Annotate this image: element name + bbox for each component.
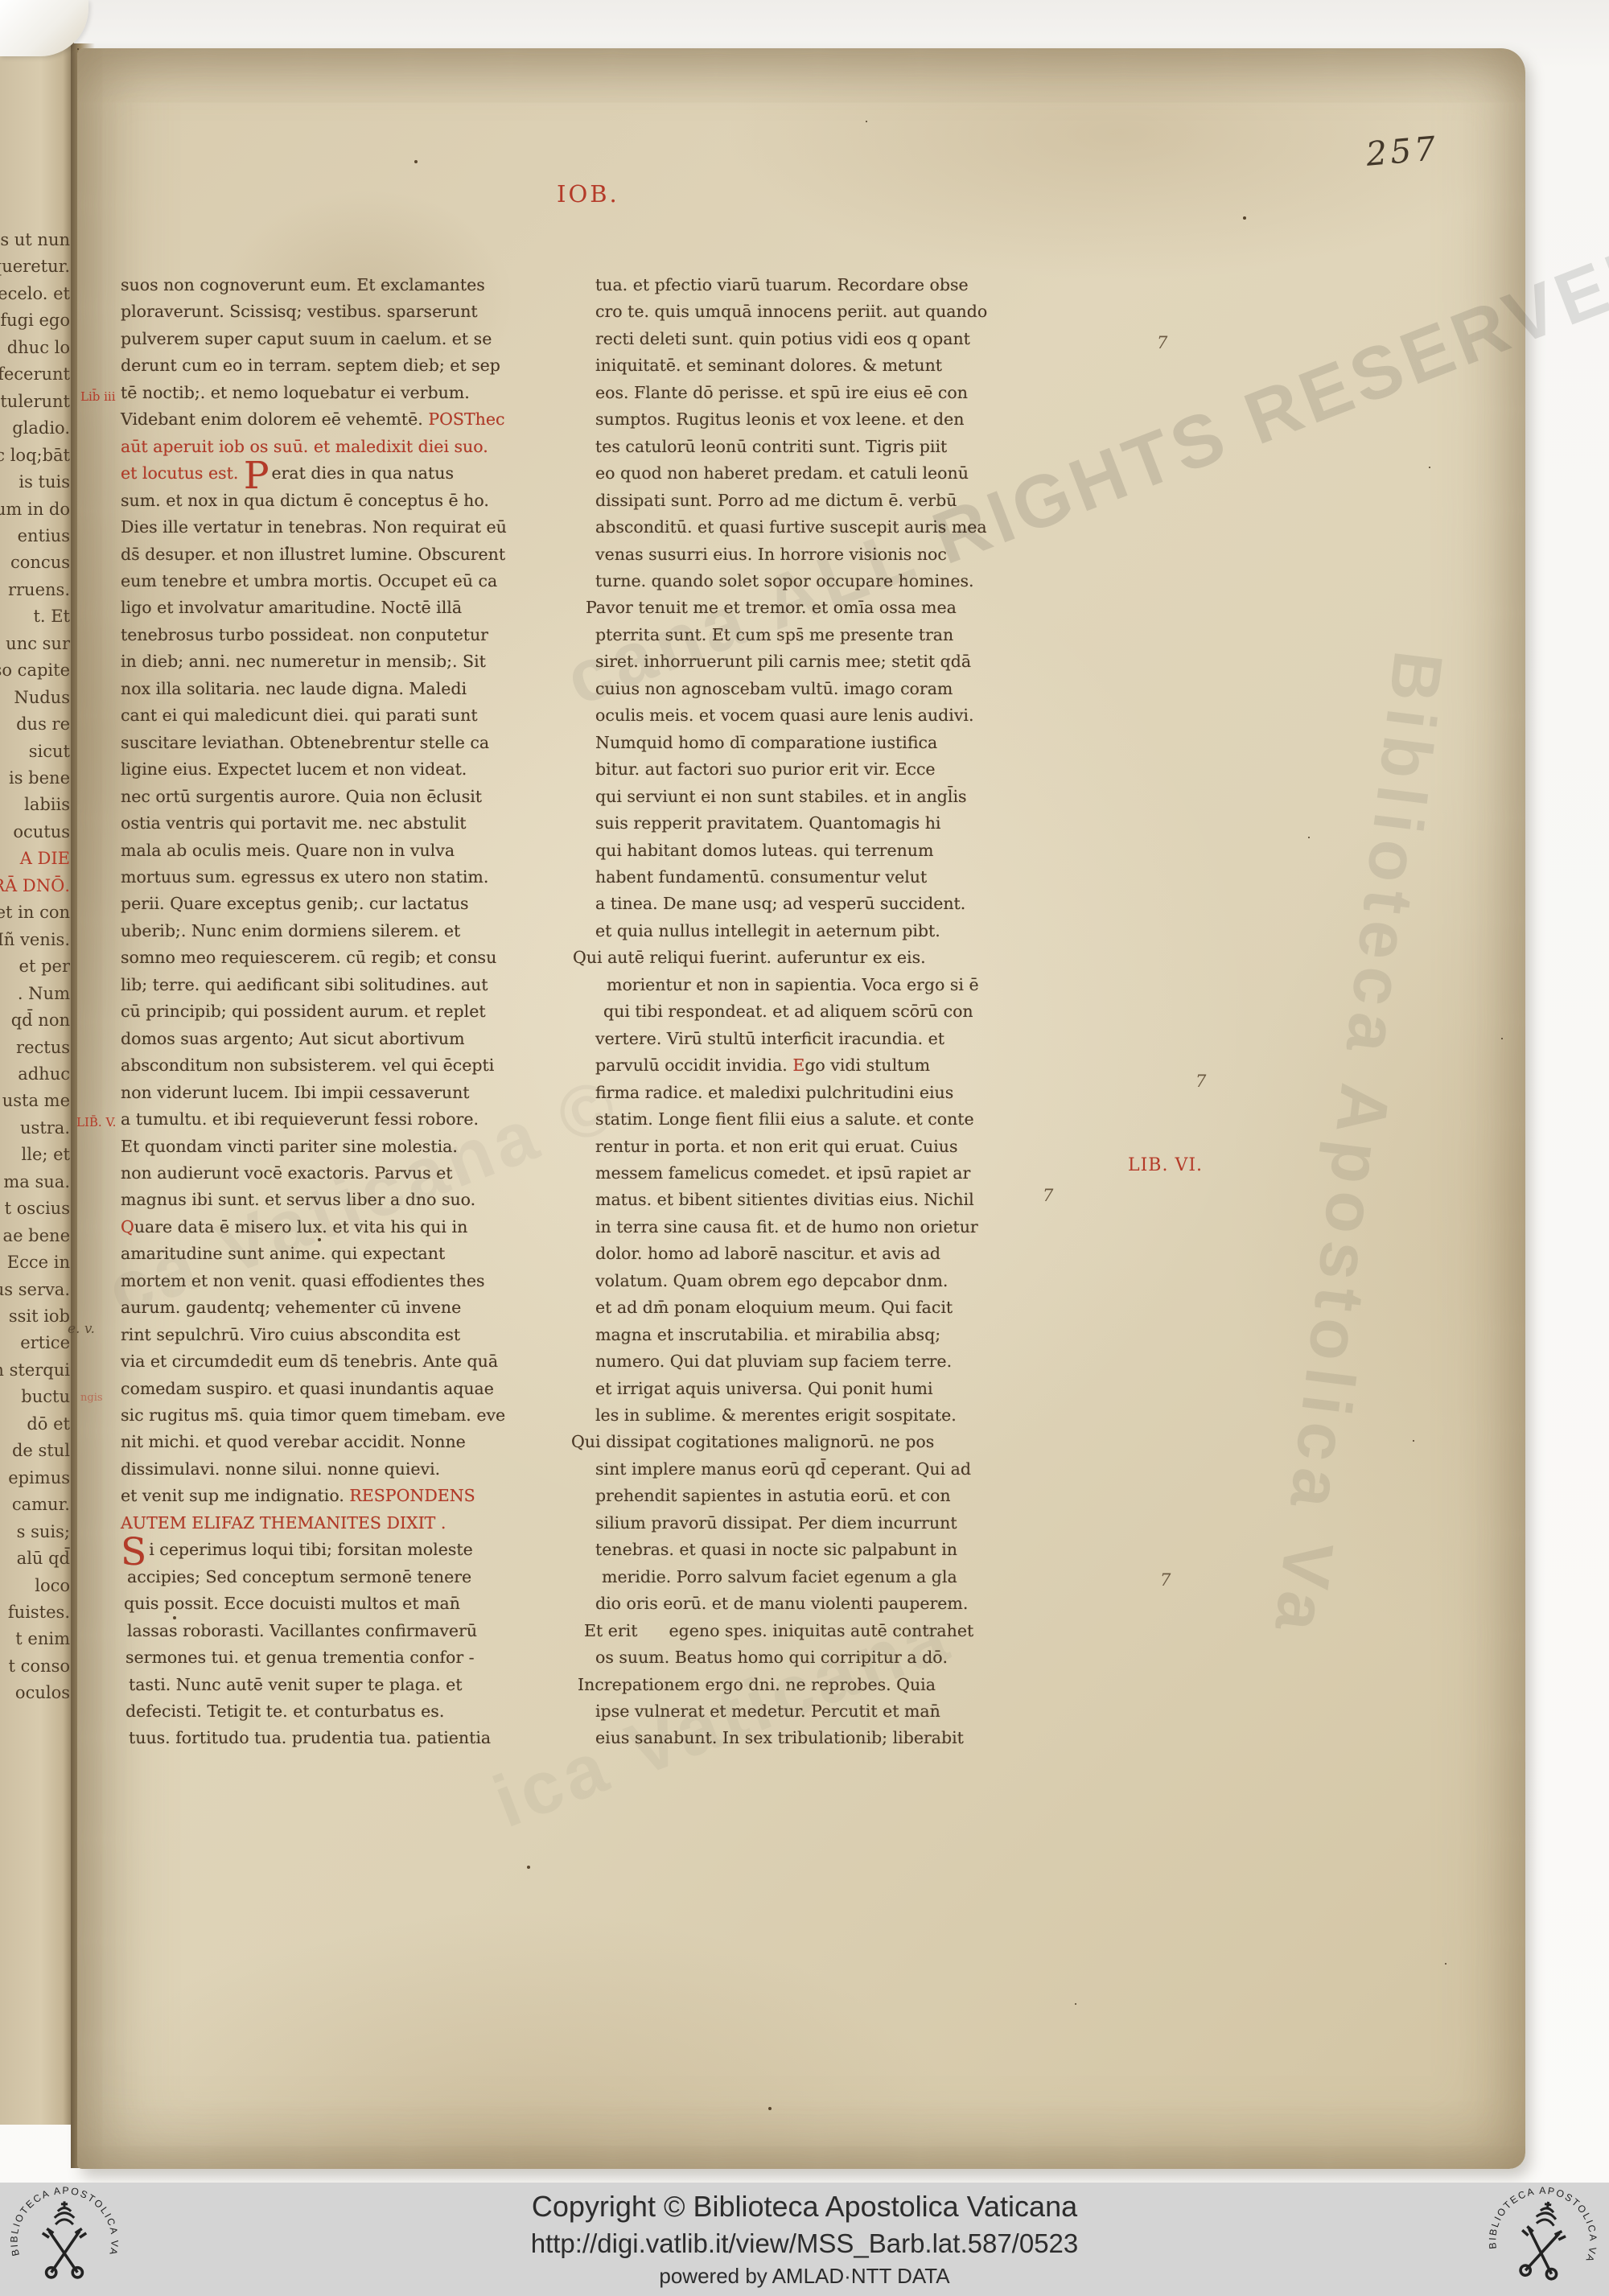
paragraph-mark: 7 <box>1157 333 1167 352</box>
paragraph-mark: 7 <box>1160 1570 1171 1590</box>
manuscript-text-line: magnus ibi sunt. et servus liber a dno s… <box>121 1187 543 1213</box>
body-text: nec ortū surgentis aurore. Quia non ēclu… <box>121 787 482 806</box>
manuscript-text-line: Dies ille vertatur in tenebras. Non requ… <box>121 514 543 541</box>
body-text: dissipati sunt. Porro ad me dictum ē. ve… <box>595 491 957 510</box>
body-text: rint sepulchrū. Viro cuius abscondita es… <box>121 1325 460 1344</box>
body-text: nox illa solitaria. nec laude digna. Mal… <box>121 679 467 698</box>
manuscript-text-line: Et erit egeno spes. iniquitas autē contr… <box>584 1618 1054 1644</box>
manuscript-text-line: suis repperit pravitatem. Quantomagis hi <box>595 810 1054 837</box>
manuscript-text-line: in dieb; anni. nec numeretur in mensib;.… <box>121 648 543 675</box>
body-text: Dies ille vertatur in tenebras. Non requ… <box>121 517 507 537</box>
manuscript-text-line: via et circumdedit eum ds̄ tenebris. Ant… <box>121 1348 543 1375</box>
manuscript-text-line: suscitare leviathan. Obtenebrentur stell… <box>121 730 543 756</box>
manuscript-text-line: uberib;. Nunc enim dormiens silerem. et <box>121 918 543 944</box>
previous-page-text-fragment: dhuc loq;bāt <box>0 446 70 465</box>
body-text: Et erit egeno spes. iniquitas autē contr… <box>584 1621 973 1640</box>
body-text: mala ab oculis meis. Quare non in vulva <box>121 841 455 860</box>
body-text: absconditum non subsisterem. vel qui ēce… <box>121 1055 494 1075</box>
body-text: iniquitatē. et seminant dolores. & metun… <box>595 356 942 375</box>
manuscript-text-line: pulverem super caput suum in caelum. et … <box>121 326 543 352</box>
crossed-keys-icon <box>1516 2226 1566 2281</box>
rubric-text: Q <box>121 1217 134 1236</box>
previous-page-text-fragment: qd̄ non <box>11 1010 70 1030</box>
margin-note-book3: Lib̄ iii <box>80 389 116 404</box>
manuscript-text-line: in terra sine causa fit. et de humo non … <box>595 1214 1054 1241</box>
manuscript-text-line: Pavor tenuit me et tremor. et omīa ossa … <box>586 595 1054 621</box>
previous-page-text-fragment: dus re <box>16 714 70 734</box>
previous-page-text-fragment: et in con <box>0 903 70 922</box>
manuscript-text-line: parvulū occidit invidia. Ego vidi stultu… <box>595 1052 1054 1079</box>
body-text: tenebras. et quasi in nocte sic palpabun… <box>595 1540 957 1559</box>
body-text: domos suas argento; Aut sicut abortivum <box>121 1029 465 1048</box>
previous-page-text-fragment: um in do <box>0 500 70 519</box>
previous-page-text-fragment: fecerunt <box>0 364 70 384</box>
manuscript-text-line: matus. et bibent sitientes divitias eius… <box>595 1187 1054 1213</box>
previous-page-text-fragment: loco <box>35 1576 70 1595</box>
manuscript-text-line: eum tenebre et umbra mortis. Occupet eū … <box>121 568 543 595</box>
body-text: non viderunt lucem. Ibi impii cessaverun… <box>121 1083 470 1102</box>
manuscript-text-line: rint sepulchrū. Viro cuius abscondita es… <box>121 1322 543 1348</box>
manuscript-text-line: ploraverunt. Scissisq; vestibus. sparser… <box>121 298 543 325</box>
body-text: matus. et bibent sitientes divitias eius… <box>595 1190 974 1209</box>
manuscript-text-line: amaritudine sunt anime. qui expectant <box>121 1241 543 1267</box>
manuscript-text-line: tenebrosus turbo possideat. non conputet… <box>121 622 543 648</box>
body-text: ploraverunt. Scissisq; vestibus. sparser… <box>121 302 478 321</box>
previous-page-text-fragment: rectus <box>16 1038 70 1057</box>
body-text: meridie. Porro salvum faciet egenum a gl… <box>602 1567 957 1586</box>
previous-page-text-fragment: dhuc lo <box>7 338 70 357</box>
previous-page-text-fragment: ma sua. <box>3 1172 70 1191</box>
body-text: ds̄ desuper. et non illustret lumine. Ob… <box>121 545 505 564</box>
body-text: derunt cum eo in terram. septem dieb; et… <box>121 356 500 375</box>
powered-by-text: powered by AMLAD·NTT DATA <box>659 2264 949 2289</box>
body-text: magnus ibi sunt. et servus liber a dno s… <box>121 1190 475 1209</box>
manuscript-text-line: sumptos. Rugitus leonis et vox leene. et… <box>595 406 1054 433</box>
rubric-text: POSThec <box>428 409 504 429</box>
margin-note-book5: LIB̄. V. <box>76 1115 116 1129</box>
body-text: pterrita sunt. Et cum sps̄ me presente t… <box>595 625 953 644</box>
body-text: messem famelicus comedet. et ipsū rapiet… <box>595 1163 970 1183</box>
body-text: nit michi. et quod verebar accidit. Nonn… <box>121 1432 466 1451</box>
body-text: recti deleti sunt. quin potius vidi eos … <box>595 329 970 348</box>
manuscript-text-line: aūt aperuit iob os suū. et maledixit die… <box>121 434 543 460</box>
body-text: morientur et non in sapientia. Voca ergo… <box>607 975 979 994</box>
previous-page-text-fragment: lle; et <box>22 1145 70 1164</box>
manuscript-text-line: ostia ventris qui portavit me. nec abstu… <box>121 810 543 837</box>
manuscript-text-line: statim. Longe fient filii eius a salute.… <box>595 1106 1054 1133</box>
tiara-icon <box>55 2201 74 2224</box>
body-text: i ceperimus loqui tibi; forsitan moleste <box>149 1540 473 1559</box>
manuscript-text-line: Quare data ē misero lux. et vita his qui… <box>121 1214 543 1241</box>
manuscript-text-line: morientur et non in sapientia. Voca ergo… <box>607 972 1054 998</box>
previous-page-text-fragment: Nudus <box>14 688 70 707</box>
previous-page-text-fragment: is tuis <box>19 472 70 492</box>
manuscript-text-line: absconditum non subsisterem. vel qui ēce… <box>121 1052 543 1079</box>
previous-page-text-fragment: us serva. <box>0 1280 70 1299</box>
body-text: aurum. gaudentq; vehementer cū invene <box>121 1298 461 1317</box>
manuscript-text-line: a tinea. De mane usq; ad vesperū succide… <box>595 891 1054 917</box>
previous-page-text-fragment: tulerunt <box>0 392 70 411</box>
previous-page-text-fragment: buctu <box>21 1387 70 1406</box>
rubric-text: E <box>792 1055 804 1075</box>
manuscript-text-line: cant ei qui maledicunt diei. qui parati … <box>121 702 543 729</box>
previous-page-text-fragment: is bene <box>9 768 70 788</box>
manuscript-text-line: Increpationem ergo dni. ne reprobes. Qui… <box>578 1672 1054 1698</box>
body-text: et ad dm̄ ponam eloquium meum. Qui facit <box>595 1298 953 1317</box>
manuscript-text-line: mortem et non venit. quasi effodientes t… <box>121 1268 543 1294</box>
previous-page-text-fragment: s ut nun <box>0 230 70 249</box>
source-url-text: http://digi.vatlib.it/view/MSS_Barb.lat.… <box>531 2228 1079 2259</box>
body-text: Et quondam vincti pariter sine molestia. <box>121 1137 458 1156</box>
manuscript-text-line: pterrita sunt. Et cum sps̄ me presente t… <box>595 622 1054 648</box>
manuscript-text-line: vertere. Virū stultū interficit iracundi… <box>595 1026 1054 1052</box>
body-text: a tinea. De mane usq; ad vesperū succide… <box>595 894 965 913</box>
manuscript-text-line: iniquitatē. et seminant dolores. & metun… <box>595 352 1054 379</box>
body-text: erat dies in qua natus <box>272 463 454 483</box>
text-column-right: tua. et pfectio viarū tuarum. Recordare … <box>595 272 1054 1752</box>
previous-page-text-fragment: et per <box>19 957 70 976</box>
manuscript-text-line: firma radice. et maledixi pulchritudini … <box>595 1080 1054 1106</box>
manuscript-text-line: et venit sup me indignatio. RESPONDENS <box>121 1483 543 1509</box>
manuscript-text-line: ligo et involvatur amaritudine. Noctē il… <box>121 595 543 621</box>
body-text: oculis meis. et vocem quasi aure lenis a… <box>595 706 974 725</box>
manuscript-text-line: Qui dissipat cogitationes malignorū. ne … <box>571 1429 1054 1455</box>
manuscript-text-line: dolor. homo ad laborē nascitur. et avis … <box>595 1241 1054 1267</box>
manuscript-text-line: absconditū. et quasi furtive suscepit au… <box>595 514 1054 541</box>
manuscript-text-line: sum. et nox in qua dictum ē conceptus ē … <box>121 488 543 514</box>
body-text: suscitare leviathan. Obtenebrentur stell… <box>121 733 489 752</box>
previous-page-text-fragment: de stul <box>12 1441 70 1460</box>
manuscript-text-line: sint implere manus eorū qd̄ ceperant. Qu… <box>595 1456 1054 1483</box>
body-text: bitur. aut factori suo purior erit vir. … <box>595 759 936 779</box>
parchment-speckles <box>77 48 79 50</box>
manuscript-text-line: eos. Flante dō perisse. et spū ire eius … <box>595 380 1054 406</box>
body-text: Videbant enim dolorem eē vehemtē. <box>121 409 428 429</box>
manuscript-text-line: non viderunt lucem. Ibi impii cessaverun… <box>121 1080 543 1106</box>
body-text: amaritudine sunt anime. qui expectant <box>121 1244 445 1263</box>
body-text: tenebrosus turbo possideat. non conputet… <box>121 625 488 644</box>
previous-page-text-fragment: fugi ego <box>0 311 70 330</box>
body-text: lib; terre. qui aedificant sibi solitudi… <box>121 975 488 994</box>
manuscript-text-line: venas susurri eius. In horrore visionis … <box>595 541 1054 568</box>
body-text: pulverem super caput suum in caelum. et … <box>121 329 492 348</box>
body-text: rentur in porta. et non erit qui eruat. … <box>595 1137 958 1156</box>
folio-number: 257 <box>1364 129 1440 174</box>
rubric-text: et locutus est. <box>121 463 244 483</box>
manuscript-text-line: messem famelicus comedet. et ipsū rapiet… <box>595 1160 1054 1187</box>
body-text: perii. Quare exceptus genib;. cur lactat… <box>121 894 469 913</box>
previous-page-text-fragment: queretur. <box>0 257 70 276</box>
manuscript-text-line: et irrigat aquis universa. Qui ponit hum… <box>595 1376 1054 1402</box>
manuscript-text-line: ipse vulnerat et medetur. Percutit et ma… <box>595 1698 1054 1725</box>
manuscript-text-line: silium pravorū dissipat. Per diem incurr… <box>595 1510 1054 1537</box>
body-text: cuius non agnoscebam vultū. imago coram <box>595 679 953 698</box>
body-text: dissimulavi. nonne silui. nonne quievi. <box>121 1459 440 1479</box>
manuscript-text-line: tes catulorū leonū contriti sunt. Tigris… <box>595 434 1054 460</box>
manuscript-text-line: tē noctib;. et nemo loquebatur ei verbum… <box>121 380 543 406</box>
body-text: vertere. Virū stultū interficit iracundi… <box>595 1029 944 1048</box>
previous-page-text-fragment: s suis; <box>17 1522 70 1541</box>
manuscript-text-line: cū principib; qui possident aurum. et re… <box>121 998 543 1025</box>
manuscript-text-line: a tumultu. et ibi requieverunt fessi rob… <box>121 1106 543 1133</box>
previous-page-text-fragment: A DIE <box>20 849 70 868</box>
manuscript-text-line: Et quondam vincti pariter sine molestia. <box>121 1134 543 1160</box>
manuscript-text-line: accipies; Sed conceptum sermonē tenere <box>127 1564 543 1590</box>
body-text: mortuus sum. egressus ex utero non stati… <box>121 867 488 887</box>
previous-page-text-fragment: epimus <box>8 1468 70 1487</box>
previous-page-text-fragment: alū qd̄ <box>17 1549 70 1568</box>
body-text: tasti. Nunc autē venit super te plaga. e… <box>129 1675 463 1694</box>
body-text: in dieb; anni. nec numeretur in mensib;.… <box>121 652 486 671</box>
body-text: dolor. homo ad laborē nascitur. et avis … <box>595 1244 940 1263</box>
manuscript-text-line: tua. et pfectio viarū tuarum. Recordare … <box>595 272 1054 298</box>
manuscript-text-line: cro te. quis umquā innocens periit. aut … <box>595 298 1054 325</box>
body-text: ligine eius. Expectet lucem et non videa… <box>121 759 467 779</box>
manuscript-text-line: defecisti. Tetigit te. et conturbatus es… <box>126 1698 543 1725</box>
manuscript-text-line: qui serviunt ei non sunt stabiles. et in… <box>595 784 1054 810</box>
body-text: mortem et non venit. quasi effodientes t… <box>121 1271 485 1290</box>
text-column-left: suos non cognoverunt eum. Et exclamantes… <box>121 272 543 1752</box>
body-text: somno meo requiescerem. cū regib; et con… <box>121 948 496 967</box>
manuscript-text-line: somno meo requiescerem. cū regib; et con… <box>121 944 543 971</box>
rubric-text: RESPONDENS <box>349 1486 475 1505</box>
body-text: et irrigat aquis universa. Qui ponit hum… <box>595 1379 933 1398</box>
body-text: qui serviunt ei non sunt stabiles. et in… <box>595 787 967 806</box>
body-text: eo quod non haberet predam. et catuli le… <box>595 463 969 483</box>
body-text: Qui dissipat cogitationes malignorū. ne … <box>571 1432 934 1451</box>
body-text: a tumultu. et ibi requieverunt fessi rob… <box>121 1109 479 1129</box>
previous-page-text-fragment: . Num <box>18 984 70 1003</box>
body-text: os suum. Beatus homo qui corripitur a dō… <box>595 1648 948 1667</box>
previous-page-text-fragment: entius <box>18 526 70 545</box>
previous-page-text-fragment: t oscius <box>5 1199 70 1218</box>
manuscript-text-line: derunt cum eo in terram. septem dieb; et… <box>121 352 543 379</box>
manuscript-text-line: dio oris eorū. et de manu violenti paupe… <box>595 1590 1054 1617</box>
body-text: lassas roborasti. Vacillantes confirmave… <box>127 1621 477 1640</box>
body-text: defecisti. Tetigit te. et conturbatus es… <box>126 1701 444 1721</box>
body-text: sint implere manus eorū qd̄ ceperant. Qu… <box>595 1459 971 1479</box>
manuscript-text-line: qui habitant domos luteas. qui terrenum <box>595 837 1054 864</box>
previous-page-text-fragment: adhuc <box>18 1064 70 1084</box>
body-text: et venit sup me indignatio. <box>121 1486 349 1505</box>
body-text: qui habitant domos luteas. qui terrenum <box>595 841 933 860</box>
manuscript-text-line: les in sublime. & merentes erigit sospit… <box>595 1402 1054 1429</box>
body-text: comedam suspiro. et quasi inundantis aqu… <box>121 1379 494 1398</box>
previous-page-text-fragment: ecelo. et <box>0 284 70 303</box>
body-text: ostia ventris qui portavit me. nec abstu… <box>121 813 467 833</box>
body-text: cro te. quis umquā innocens periit. aut … <box>595 302 987 321</box>
body-text: eos. Flante dō perisse. et spū ire eius … <box>595 383 968 402</box>
manuscript-text-line: Numquid homo dī comparatione iustifica <box>595 730 1054 756</box>
manuscript-text-line: nit michi. et quod verebar accidit. Nonn… <box>121 1429 543 1455</box>
previous-page-text-fragment: fuistes. <box>8 1603 70 1622</box>
manuscript-text-line: tasti. Nunc autē venit super te plaga. e… <box>129 1672 543 1698</box>
manuscript-text-line: dissimulavi. nonne silui. nonne quievi. <box>121 1456 543 1483</box>
manuscript-text-line: mortuus sum. egressus ex utero non stati… <box>121 864 543 891</box>
copyright-footer: Copyright © Biblioteca Apostolica Vatica… <box>0 2183 1609 2296</box>
manuscript-text-line: non audierunt vocē exactoris. Parvus et <box>121 1160 543 1187</box>
manuscript-text-line: qui tibi respondeat. et ad aliquem scōrū… <box>603 998 1054 1025</box>
body-text: sumptos. Rugitus leonis et vox leene. et… <box>595 409 964 429</box>
previous-page-text-fragment: usta me <box>2 1091 70 1110</box>
body-text: venas susurri eius. In horrore visionis … <box>595 545 947 564</box>
previous-page-text-fragment: concus <box>10 553 70 572</box>
manuscript-text-line: numero. Qui dat pluviam sup faciem terre… <box>595 1348 1054 1375</box>
previous-page-text-fragment: t conso <box>9 1656 70 1676</box>
body-text: statim. Longe fient filii eius a salute.… <box>595 1109 974 1129</box>
previous-page-text-fragment: unc sur <box>6 634 70 653</box>
manuscript-text-line: lib; terre. qui aedificant sibi solitudi… <box>121 972 543 998</box>
manuscript-text-line: comedam suspiro. et quasi inundantis aqu… <box>121 1376 543 1402</box>
body-text: uare data ē misero lux. et vita his qui … <box>134 1217 467 1236</box>
body-text: parvulū occidit invidia. <box>595 1055 792 1075</box>
body-text: quis possit. Ecce docuisti multos et man… <box>124 1594 460 1613</box>
margin-note-book6: LIB. VI. <box>1128 1155 1203 1175</box>
manuscript-text-line: sermones tui. et genua trementia confor … <box>126 1644 543 1671</box>
body-text: go vidi stultum <box>804 1055 930 1075</box>
vatican-library-logo: BIBLIOTECA APOSTOLICA VATICANA <box>1481 2178 1605 2296</box>
body-text: via et circumdedit eum ds̄ tenebris. Ant… <box>121 1352 498 1371</box>
body-text: in terra sine causa fit. et de humo non … <box>595 1217 978 1236</box>
previous-page-text-fragment: n sterqui <box>0 1360 70 1380</box>
manuscript-text-line: cuius non agnoscebam vultū. imago coram <box>595 676 1054 702</box>
paragraph-mark: 7 <box>1043 1186 1053 1205</box>
body-text: uberib;. Nunc enim dormiens silerem. et <box>121 921 460 940</box>
manuscript-text-line: et ad dm̄ ponam eloquium meum. Qui facit <box>595 1294 1054 1321</box>
body-text: accipies; Sed conceptum sermonē tenere <box>127 1567 471 1586</box>
previous-page-text-fragment: ertice <box>20 1333 70 1352</box>
previous-page-text-fragment: n so capite <box>0 660 70 680</box>
body-text: firma radice. et maledixi pulchritudini … <box>595 1083 953 1102</box>
body-text: cū principib; qui possident aurum. et re… <box>121 1002 486 1021</box>
manuscript-text-line: meridie. Porro salvum faciet egenum a gl… <box>602 1564 1054 1590</box>
body-text: siret. inhorruerunt pili carnis mee; ste… <box>595 652 971 671</box>
previous-page-text-fragment: camur. <box>12 1495 70 1514</box>
rubric-text: aūt aperuit iob os suū. et maledixit die… <box>121 437 488 456</box>
manuscript-text-line: eo quod non haberet predam. et catuli le… <box>595 460 1054 487</box>
manuscript-text-line: dissipati sunt. Porro ad me dictum ē. ve… <box>595 488 1054 514</box>
body-text: numero. Qui dat pluviam sup faciem terre… <box>595 1352 952 1371</box>
body-text: tes catulorū leonū contriti sunt. Tigris… <box>595 437 947 456</box>
manuscript-text-line: mala ab oculis meis. Quare non in vulva <box>121 837 543 864</box>
manuscript-text-line: suos non cognoverunt eum. Et exclamantes <box>121 272 543 298</box>
previous-page-text-fragment: sicut <box>29 742 70 761</box>
svg-text:BIBLIOTECA APOSTOLICA VATICA: BIBLIOTECA APOSTOLICA VATICANA <box>10 2185 119 2257</box>
body-text: magna et inscrutabilia. et mirabilia abs… <box>595 1325 940 1344</box>
manuscript-text-line: et quia nullus intellegit in aeternum pi… <box>595 918 1054 944</box>
previous-page-text-fragment: ssit iob <box>9 1306 70 1326</box>
manuscript-text-line: recti deleti sunt. quin potius vidi eos … <box>595 326 1054 352</box>
body-text: les in sublime. & merentes erigit sospit… <box>595 1405 957 1425</box>
body-text: prehendit sapientes in astutia eorū. et … <box>595 1486 951 1505</box>
manuscript-text-line: oculis meis. et vocem quasi aure lenis a… <box>595 702 1054 729</box>
running-title: IOB. <box>557 180 619 208</box>
body-text: qui tibi respondeat. et ad aliquem scōrū… <box>603 1002 973 1021</box>
manuscript-text-line: magna et inscrutabilia. et mirabilia abs… <box>595 1322 1054 1348</box>
body-text: eum tenebre et umbra mortis. Occupet eū … <box>121 571 497 590</box>
manuscript-text-line: habent fundamentū. consumentur velut <box>595 864 1054 891</box>
body-text: volatum. Quam obrem ego depcabor dnm. <box>595 1271 948 1290</box>
paragraph-mark: 7 <box>1195 1072 1206 1091</box>
previous-page-text-fragment: rruens. <box>8 580 70 599</box>
manuscript-text-line: ds̄ desuper. et non illustret lumine. Ob… <box>121 541 543 568</box>
body-text: non audierunt vocē exactoris. Parvus et <box>121 1163 452 1183</box>
manuscript-text-line: tuus. fortitudo tua. prudentia tua. pati… <box>129 1725 543 1751</box>
body-text: Pavor tenuit me et tremor. et omīa ossa … <box>586 598 957 617</box>
manuscript-text-line: nec ortū surgentis aurore. Quia non ēclu… <box>121 784 543 810</box>
manuscript-text-line: tenebras. et quasi in nocte sic palpabun… <box>595 1537 1054 1563</box>
body-text: tuus. fortitudo tua. prudentia tua. pati… <box>129 1728 491 1747</box>
vatican-library-logo: BIBLIOTECA APOSTOLICA VATICANA <box>10 2185 119 2294</box>
previous-page-text-fragment: CORĀ DNŌ. <box>0 876 70 895</box>
manuscript-text-line: rentur in porta. et non erit qui eruat. … <box>595 1134 1054 1160</box>
body-text: Qui autē reliqui fuerint. auferuntur ex … <box>573 948 926 967</box>
manuscript-text-line: domos suas argento; Aut sicut abortivum <box>121 1026 543 1052</box>
manuscript-text-line: os suum. Beatus homo qui corripitur a dō… <box>595 1644 1054 1671</box>
manuscript-text-line: perii. Quare exceptus genib;. cur lactat… <box>121 891 543 917</box>
manuscript-text-line: nox illa solitaria. nec laude digna. Mal… <box>121 676 543 702</box>
previous-page-edge: s ut nunqueretur.ecelo. etfugi egodhuc l… <box>0 0 74 2125</box>
manuscript-text-line: Si ceperimus loqui tibi; forsitan molest… <box>121 1537 543 1563</box>
manuscript-text-line: quis possit. Ecce docuisti multos et man… <box>124 1590 543 1617</box>
previous-page-text-fragment: Ecce in <box>7 1253 70 1272</box>
body-text: et quia nullus intellegit in aeternum pi… <box>595 921 940 940</box>
body-text: eius sanabunt. In sex tribulationib; lib… <box>595 1728 964 1747</box>
body-text: Numquid homo dī comparatione iustifica <box>595 733 937 752</box>
previous-page-text-fragment: ustra. <box>20 1118 70 1138</box>
previous-page-text-fragment: labiis <box>24 795 70 814</box>
body-text: suis repperit pravitatem. Quantomagis hi <box>595 813 940 833</box>
manuscript-text-line: ligine eius. Expectet lucem et non videa… <box>121 756 543 783</box>
body-text: tua. et pfectio viarū tuarum. Recordare … <box>595 275 969 294</box>
previous-page-text-fragment: t enim <box>15 1629 70 1648</box>
body-text: silium pravorū dissipat. Per diem incurr… <box>595 1513 957 1533</box>
body-text: absconditū. et quasi furtive suscepit au… <box>595 517 987 537</box>
manuscript-text-line: sic rugitus ms̄. quia timor quem timebam… <box>121 1402 543 1429</box>
body-text: tē noctib;. et nemo loquebatur ei verbum… <box>121 383 470 402</box>
body-text: sermones tui. et genua trementia confor … <box>126 1648 475 1667</box>
previous-page-text-fragment: dō et <box>27 1414 70 1434</box>
manuscript-text-line: et locutus est. Perat dies in qua natus <box>121 460 543 487</box>
manuscript-text-line: Videbant enim dolorem eē vehemtē. POSThe… <box>121 406 543 433</box>
tiara-icon <box>1536 2200 1558 2226</box>
manuscript-text-line: volatum. Quam obrem ego depcabor dnm. <box>595 1268 1054 1294</box>
body-text: habent fundamentū. consumentur velut <box>595 867 927 887</box>
previous-page-text-fragment: oculos <box>15 1683 70 1702</box>
manuscript-text-line: aurum. gaudentq; vehementer cū invene <box>121 1294 543 1321</box>
manuscript-text-line: AUTEM ELIFAZ THEMANITES DIXIT . <box>121 1510 543 1537</box>
manuscript-text-line: Qui autē reliqui fuerint. auferuntur ex … <box>573 944 1054 971</box>
margin-note-ev: e. v. <box>68 1321 95 1337</box>
previous-page-text-fragment: ae bene <box>3 1226 70 1245</box>
body-text: sum. et nox in qua dictum ē conceptus ē … <box>121 491 489 510</box>
manuscript-text-line: bitur. aut factori suo purior erit vir. … <box>595 756 1054 783</box>
previous-page-text-fragment: ocutus <box>13 822 70 841</box>
previous-page-text-fragment: t. Et <box>33 607 70 626</box>
body-text: suos non cognoverunt eum. Et exclamantes <box>121 275 485 294</box>
body-text: cant ei qui maledicunt diei. qui parati … <box>121 706 478 725</box>
manuscript-text-line: lassas roborasti. Vacillantes confirmave… <box>127 1618 543 1644</box>
rubric-text: AUTEM ELIFAZ THEMANITES DIXIT . <box>121 1513 446 1533</box>
logo-ring-text: BIBLIOTECA APOSTOLICA VATICANA <box>10 2185 119 2257</box>
margin-note-faint: ngis <box>80 1392 103 1404</box>
previous-page-text-fragment: gladio. <box>12 418 70 438</box>
body-text: ligo et involvatur amaritudine. Noctē il… <box>121 598 462 617</box>
copyright-text: Copyright © Biblioteca Apostolica Vatica… <box>532 2190 1077 2224</box>
digitized-manuscript-scan: s ut nunqueretur.ecelo. etfugi egodhuc l… <box>0 0 1609 2296</box>
manuscript-text-line: prehendit sapientes in astutia eorū. et … <box>595 1483 1054 1509</box>
body-text: ipse vulnerat et medetur. Percutit et ma… <box>595 1701 940 1721</box>
